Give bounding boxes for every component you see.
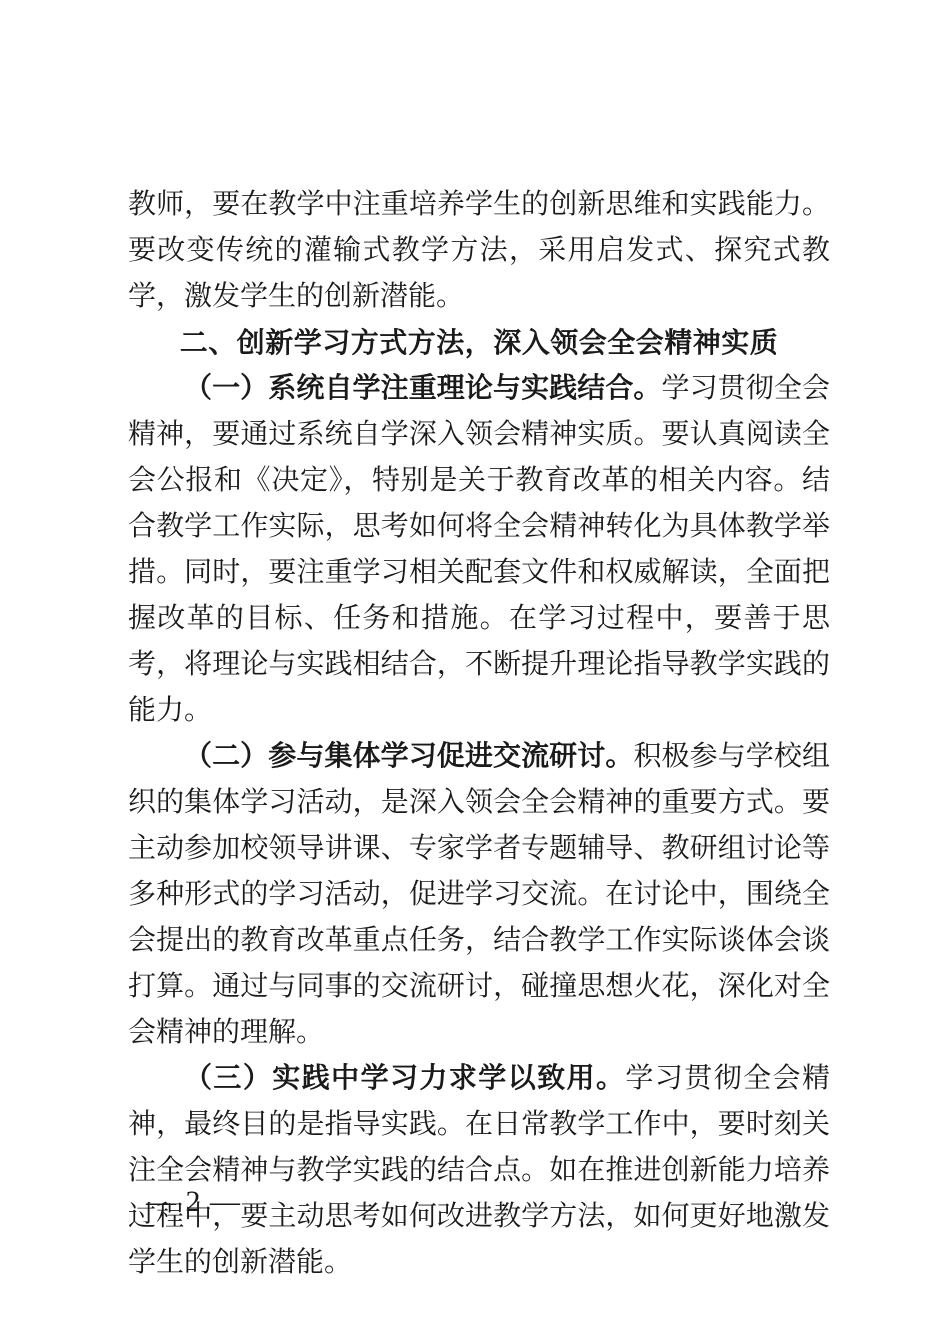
paragraph-2-lead-sentence: （二）参与集体学习促进交流研讨。: [184, 741, 633, 772]
continuation-paragraph: 教师，要在教学中注重培养学生的创新思维和实践能力。要改变传统的灌输式教学方法，采…: [128, 182, 830, 320]
document-page: 教师，要在教学中注重培养学生的创新思维和实践能力。要改变传统的灌输式教学方法，采…: [0, 0, 950, 1344]
paragraph-item-2: （二）参与集体学习促进交流研讨。积极参与学校组织的集体学习活动，是深入领会全会精…: [128, 734, 830, 1056]
page-footer: — 2 —: [146, 1184, 241, 1220]
paragraph-item-1: （一）系统自学注重理论与实践结合。学习贯彻全会精神，要通过系统自学深入领会精神实…: [128, 366, 830, 734]
paragraph-3-body-text: 学习贯彻全会精神，最终目的是指导实践。在日常教学工作中，要时刻关注全会精神与教学…: [128, 1063, 830, 1278]
paragraph-1-lead-sentence: （一）系统自学注重理论与实践结合。: [184, 373, 662, 404]
paragraph-1-body-text: 学习贯彻全会精神，要通过系统自学深入领会精神实质。要认真阅读全会公报和《决定》，…: [128, 373, 830, 726]
paragraph-item-3: （三）实践中学习力求学以致用。学习贯彻全会精神，最终目的是指导实践。在日常教学工…: [128, 1056, 830, 1286]
section-heading: 二、创新学习方式方法，深入领会全会精神实质: [128, 320, 830, 366]
paragraph-3-lead-sentence: （三）实践中学习力求学以致用。: [184, 1063, 625, 1094]
document-body: 教师，要在教学中注重培养学生的创新思维和实践能力。要改变传统的灌输式教学方法，采…: [128, 182, 830, 1286]
page-number: — 2 —: [146, 1185, 241, 1218]
paragraph-2-body-text: 积极参与学校组织的集体学习活动，是深入领会全会精神的重要方式。要主动参加校领导讲…: [128, 741, 830, 1048]
